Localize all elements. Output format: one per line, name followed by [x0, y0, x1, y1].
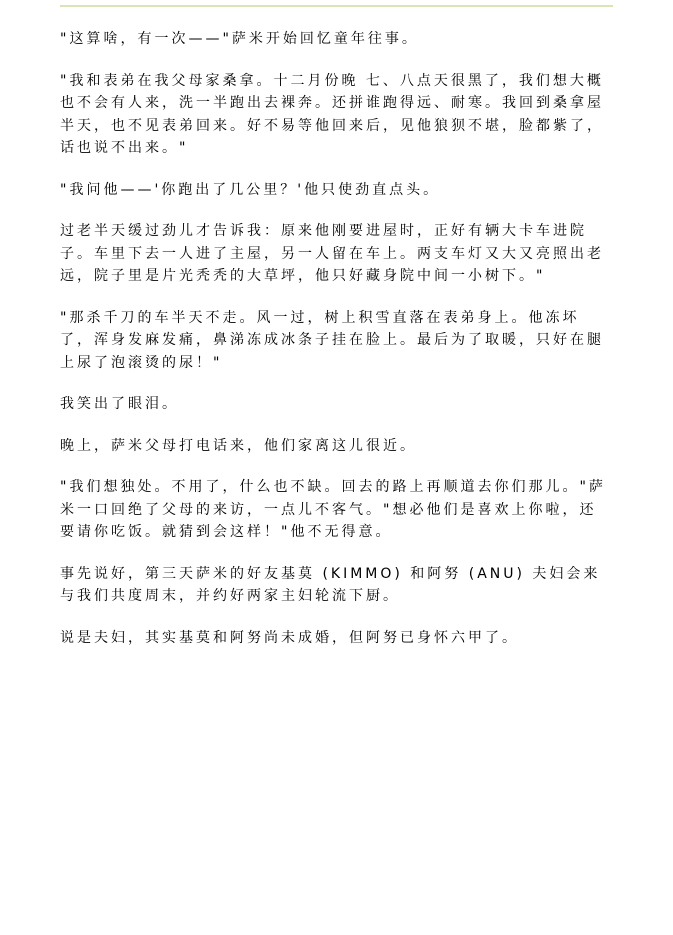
paragraph: "我和表弟在我父母家桑拿。十二月份晚 七、八点天很黑了，我们想大概也不会有人来，… [60, 70, 613, 160]
paragraph: 晚上，萨米父母打电话来，他们家离这儿很近。 [60, 435, 613, 458]
paragraph: "这算啥，有一次——"萨米开始回忆童年往事。 [60, 28, 613, 51]
document-body: "这算啥，有一次——"萨米开始回忆童年往事。 "我和表弟在我父母家桑拿。十二月份… [60, 7, 613, 649]
paragraph: 过老半天缓过劲儿才告诉我：原来他刚要进屋时，正好有辆大卡车进院子。车里下去一人进… [60, 220, 613, 288]
paragraph: "那杀千刀的车半天不走。风一过，树上积雪直落在表弟身上。他冻坏了，浑身发麻发痛，… [60, 307, 613, 375]
paragraph: 我笑出了眼泪。 [60, 393, 613, 416]
paragraph: "我问他——'你跑出了几公里？'他只使劲直点头。 [60, 179, 613, 202]
paragraph: "我们想独处。不用了，什么也不缺。回去的路上再顺道去你们那儿。"萨米一口回绝了父… [60, 476, 613, 544]
page-container: "这算啥，有一次——"萨米开始回忆童年往事。 "我和表弟在我父母家桑拿。十二月份… [60, 5, 613, 649]
paragraph: 说是夫妇，其实基莫和阿努尚未成婚，但阿努已身怀六甲了。 [60, 627, 613, 650]
paragraph: 事先说好，第三天萨米的好友基莫 (KIMMO) 和阿努 (ANU) 夫妇会来与我… [60, 563, 613, 608]
